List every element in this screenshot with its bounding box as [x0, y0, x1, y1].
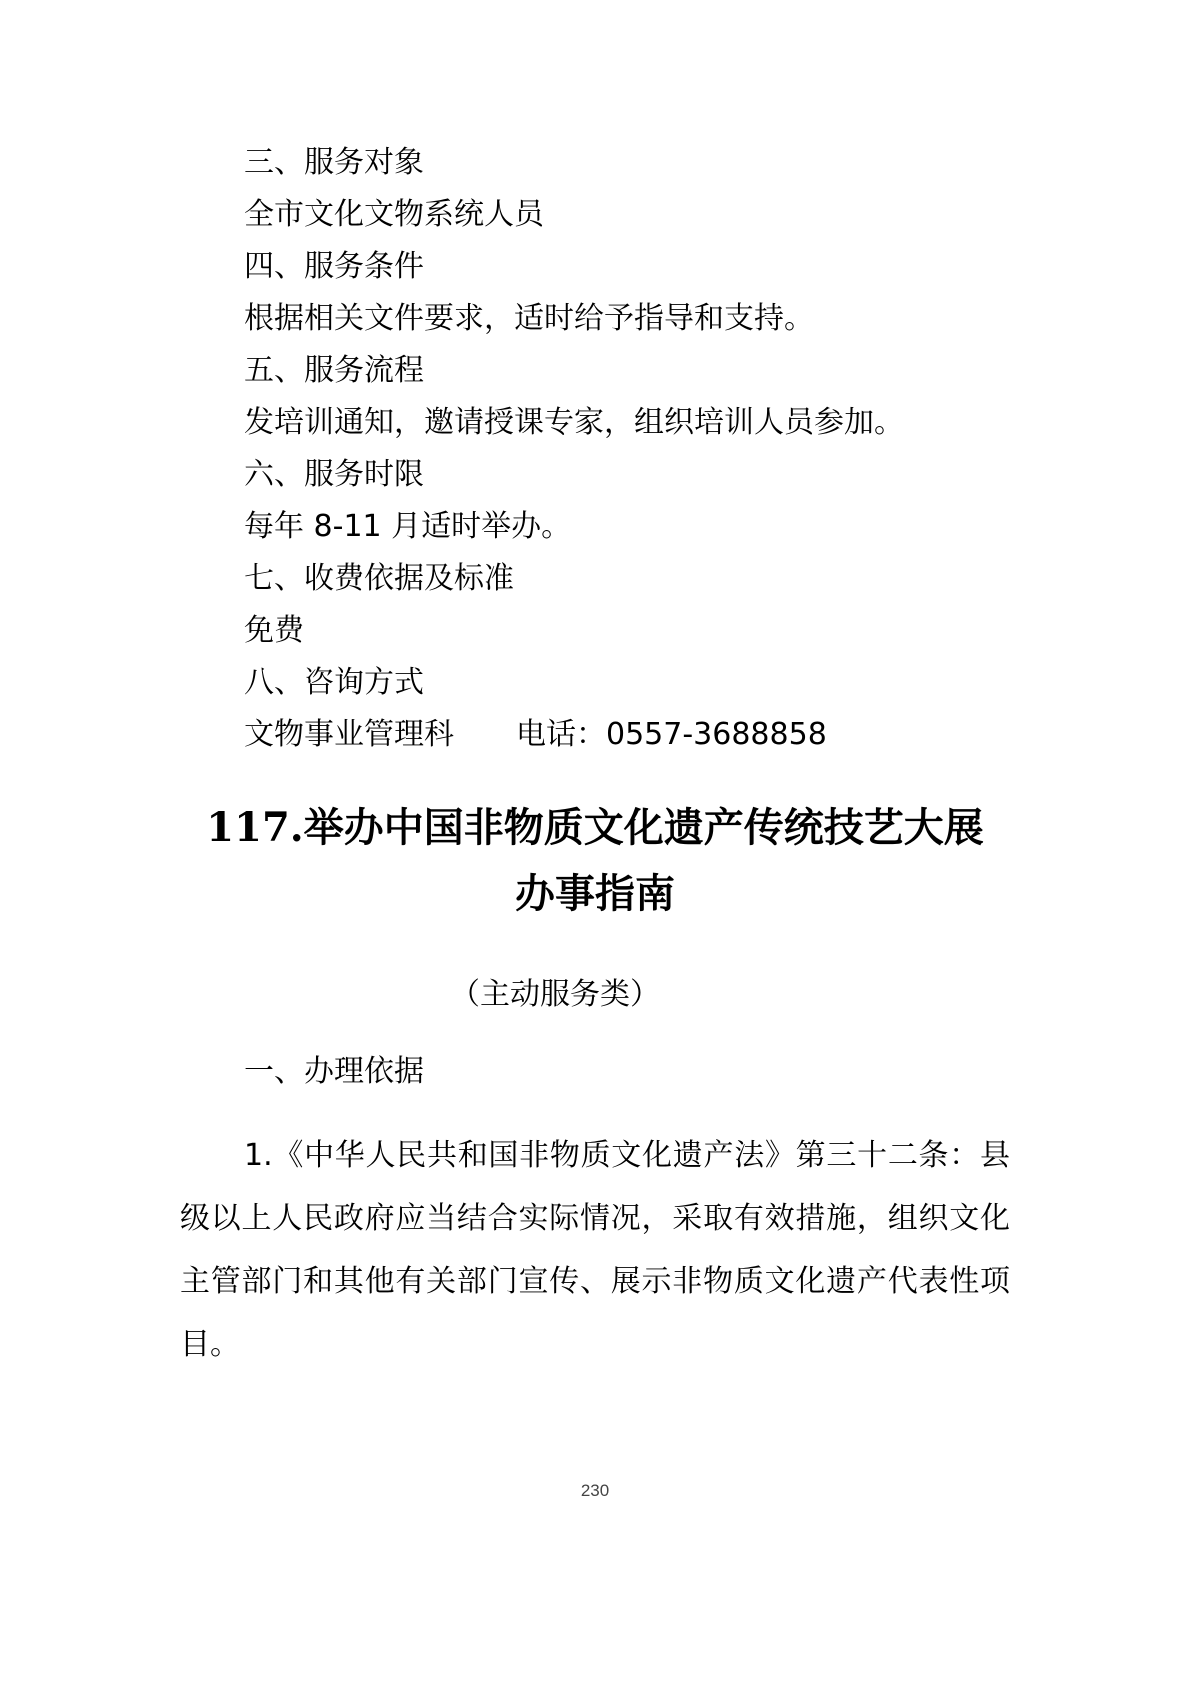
section-heading-service-conditions: 四、服务条件: [244, 247, 424, 287]
section-heading-service-process: 五、服务流程: [244, 351, 424, 391]
guide-title-line2: 办事指南: [0, 866, 1190, 922]
contact-phone: 0557-3688858: [606, 717, 827, 752]
section-heading-basis: 一、办理依据: [244, 1052, 424, 1092]
service-target-text: 全市文化文物系统人员: [244, 195, 544, 235]
section-heading-service-target: 三、服务对象: [244, 143, 424, 183]
section-heading-service-time-limit: 六、服务时限: [244, 455, 424, 495]
service-process-text: 发培训通知，邀请授课专家，组织培训人员参加。: [244, 403, 904, 443]
contact-phone-label: 电话：: [516, 717, 606, 752]
page-number: 230: [0, 1481, 1190, 1501]
guide-title-line1: 117.举办中国非物质文化遗产传统技艺大展: [0, 800, 1190, 856]
fees-text: 免费: [244, 611, 304, 651]
service-time-limit-text: 每年 8-11 月适时举办。: [244, 507, 571, 547]
consultation-contact: 文物事业管理科电话：0557-3688858: [244, 715, 827, 755]
service-conditions-text: 根据相关文件要求，适时给予指导和支持。: [244, 299, 814, 339]
basis-paragraph: 1.《中华人民共和国非物质文化遗产法》第三十二条：县级以上人民政府应当结合实际情…: [180, 1124, 1010, 1376]
section-heading-consultation: 八、咨询方式: [244, 663, 424, 703]
guide-category: （主动服务类）: [0, 975, 1150, 1015]
section-heading-fees: 七、收费依据及标准: [244, 559, 514, 599]
contact-department: 文物事业管理科: [244, 717, 454, 752]
